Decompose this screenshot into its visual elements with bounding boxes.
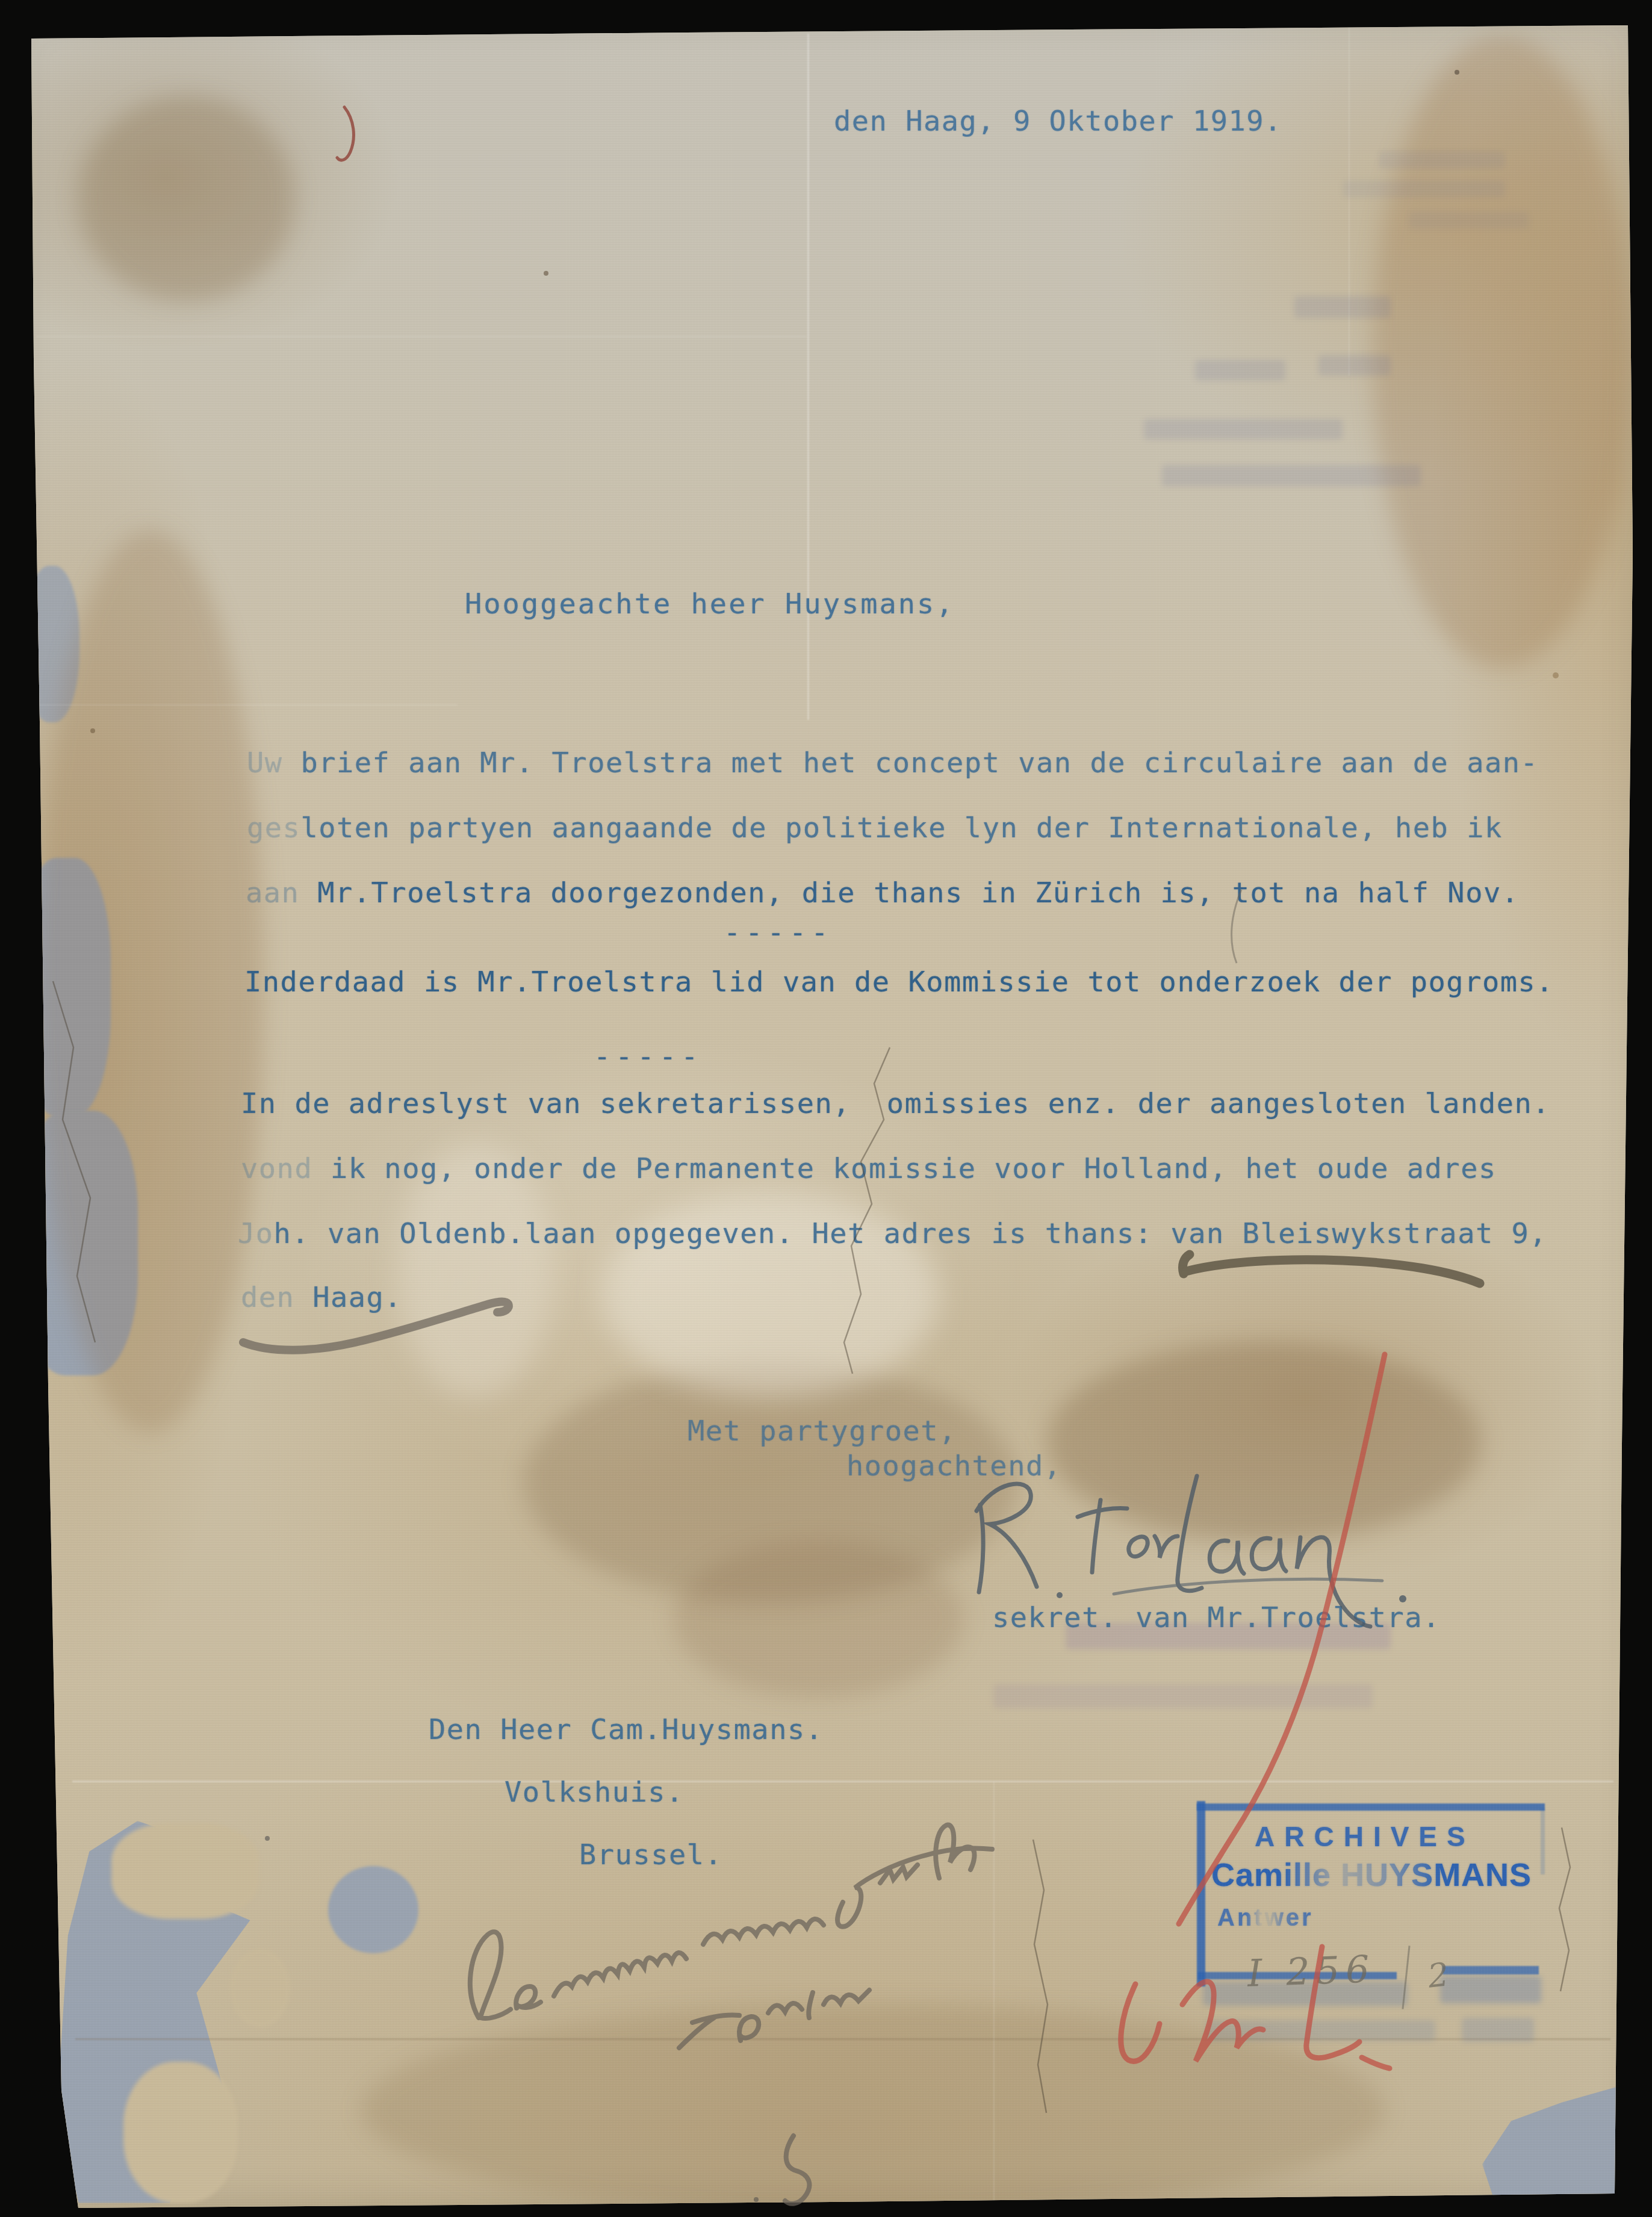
stamp-line-archives: ARCHIVES: [1255, 1820, 1475, 1853]
body-text: ik nog, onder de Permanente komissie voo…: [331, 1152, 1497, 1185]
typed-salutation: Hooggeachte heer Huysmans,: [465, 588, 955, 621]
stamp-ghost-smudge: [1462, 2018, 1534, 2042]
bleedthrough-smudge: [1294, 296, 1391, 318]
typed-signoff: sekret. van Mr.Troelstra.: [992, 1601, 1441, 1634]
crease-line: [36, 336, 807, 337]
stamp-ghost-smudge: [1203, 1982, 1408, 2006]
crease-line: [807, 34, 809, 720]
typed-recipient-line: Den Heer Cam.Huysmans.: [429, 1713, 824, 1746]
crease-line: [993, 1782, 995, 2215]
typed-rule: -----: [594, 1040, 703, 1073]
stamp-place-right: lgium: [1416, 1905, 1492, 1932]
bleedthrough-smudge: [1066, 1623, 1391, 1649]
bleedthrough-smudge: [1409, 212, 1529, 229]
typed-rule: -----: [724, 916, 833, 949]
backing-paper-patch: [20, 858, 111, 1117]
typed-closing: Met partygroet,: [688, 1415, 957, 1448]
bleedthrough-smudge: [1343, 181, 1505, 197]
typed-body-line: Uw brief aan Mr. Troelstra met het conce…: [247, 746, 1538, 780]
bleedthrough-smudge: [1162, 465, 1421, 486]
pencil-shelfmark-suffix: 2: [1426, 1955, 1451, 1995]
backing-paper-patch: [24, 566, 79, 722]
body-text: Haag.: [312, 1281, 402, 1314]
stamp-ghost-smudge: [1206, 2020, 1435, 2041]
body-text: brief aan Mr. Troelstra met het concept …: [300, 746, 1538, 780]
faded-text: Uw: [247, 746, 300, 780]
pencil-shelfmark: I 256: [1247, 1947, 1376, 1995]
paper-fragment: [123, 2062, 238, 2203]
stamp-ghost-smudge: [1440, 1976, 1541, 2003]
body-text: In de adreslyst van sekretarissen, omiss…: [241, 1087, 1550, 1120]
faded-text: ges: [247, 811, 300, 845]
backing-paper-patch: [328, 1866, 418, 1953]
crease-line: [1349, 26, 1350, 376]
typed-recipient-line: Brussel.: [579, 1838, 722, 1871]
typed-body-line: Inderdaad is Mr.Troelstra lid van de Kom…: [244, 966, 1554, 999]
faded-text: vond: [241, 1152, 331, 1185]
typed-closing: hoogachtend,: [846, 1450, 1062, 1483]
crease-line: [75, 2038, 1610, 2040]
stain: [674, 1541, 963, 1698]
body-text: Inderdaad is Mr.Troelstra lid van de Kom…: [244, 966, 1554, 999]
stain: [36, 530, 265, 1433]
stain: [397, 1144, 554, 1397]
typed-body-line: In de adreslyst van sekretarissen, omiss…: [241, 1087, 1550, 1120]
shelfmark-divider-line: [1402, 1946, 1410, 2009]
stamp-place-left: Antwer: [1217, 1905, 1314, 1931]
stain: [78, 96, 295, 301]
body-text: h. van Oldenb.laan opgegeven. Het adres …: [274, 1217, 1548, 1250]
typed-body-line: aan Mr.Troelstra doorgezonden, die thans…: [246, 876, 1520, 910]
stain: [361, 2005, 1385, 2215]
paper-fragment: [230, 1949, 290, 2027]
bleedthrough-smudge: [993, 1684, 1373, 1708]
faded-text: Jo: [238, 1217, 274, 1250]
stamp-line-name: Camille HUYSMANS: [1211, 1856, 1532, 1894]
stamp-name-last: HUYSMANS: [1341, 1857, 1532, 1893]
crease-line: [72, 1781, 1613, 1782]
body-text: Mr.Troelstra doorgezonden, die thans in …: [317, 876, 1519, 910]
typed-body-line: vond ik nog, onder de Permanente komissi…: [241, 1152, 1497, 1185]
archive-stamp: ARCHIVES Camille HUYSMANS Antwerlgium: [1197, 1803, 1545, 1982]
stamp-border: [1442, 1966, 1539, 1974]
typed-dateline: den Haag, 9 Oktober 1919.: [834, 105, 1282, 138]
stain: [524, 1362, 1017, 1602]
typed-body-line: Joh. van Oldenb.laan opgegeven. Het adre…: [238, 1217, 1547, 1250]
body-text: loten partyen aangaande de politieke lyn…: [300, 811, 1502, 845]
stamp-border: [1198, 1972, 1397, 1979]
stamp-border: [1541, 1808, 1545, 1874]
backing-paper-patch: [1482, 2084, 1627, 2207]
paper-fragment: [111, 1823, 259, 1919]
stain: [602, 1192, 939, 1397]
bleedthrough-smudge: [1379, 152, 1505, 169]
backing-paper-patch: [20, 1111, 138, 1375]
bleedthrough-smudge: [1195, 360, 1285, 380]
stamp-border: [1197, 1801, 1205, 1986]
stamp-border: [1197, 1803, 1545, 1811]
letter-paper: den Haag, 9 Oktober 1919. Hooggeachte he…: [0, 0, 1652, 2217]
backing-paper-patch: [57, 1821, 325, 2203]
stain: [1373, 36, 1632, 668]
typed-body-line: gesloten partyen aangaande de politieke …: [247, 811, 1503, 845]
stamp-name-first: Camille: [1211, 1857, 1331, 1893]
crease-line: [36, 704, 458, 705]
typed-recipient-line: Volkshuis.: [505, 1776, 684, 1809]
stamp-line-place: Antwerlgium: [1217, 1905, 1314, 1932]
typed-body-line: den Haag.: [241, 1281, 402, 1314]
bleedthrough-smudge: [1318, 355, 1391, 376]
bleedthrough-smudge: [1144, 419, 1343, 439]
scan-background: den Haag, 9 Oktober 1919. Hooggeachte he…: [0, 0, 1652, 2217]
faded-text: aan: [246, 876, 317, 910]
stain: [1048, 1342, 1481, 1541]
faded-text: den: [241, 1281, 312, 1314]
dust-specks: [0, 0, 2, 2]
